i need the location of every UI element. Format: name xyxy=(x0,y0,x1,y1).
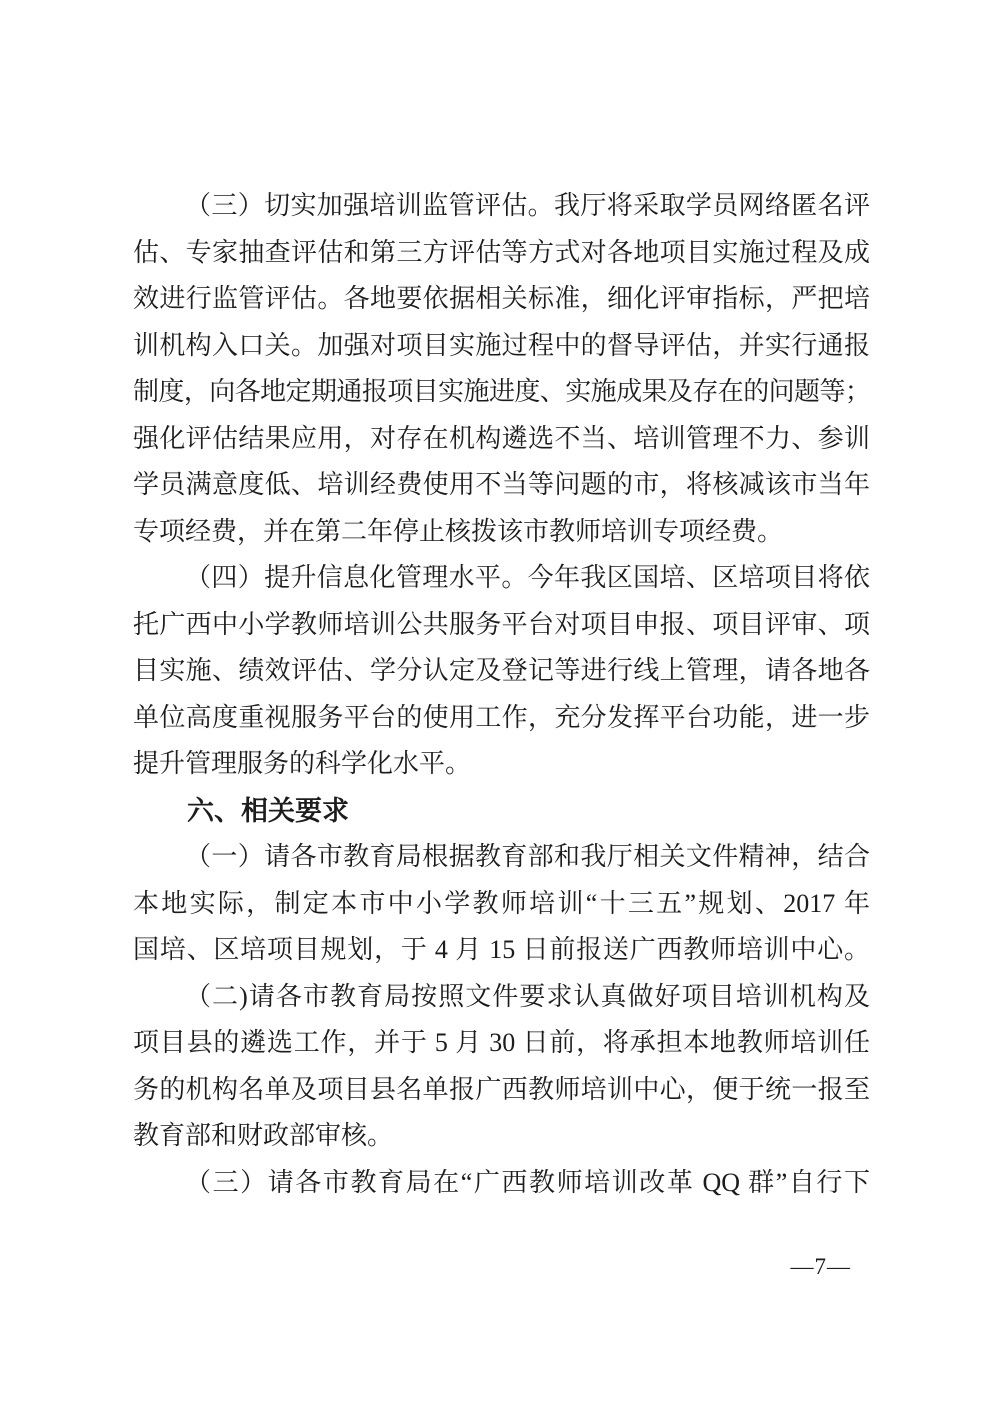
document-line: 专项经费，并在第二年停止核拨该市教师培训专项经费。 xyxy=(133,509,870,556)
document-line: 托广西中小学教师培训公共服务平台对项目申报、项目评审、项 xyxy=(133,602,870,649)
document-line: 单位高度重视服务平台的使用工作，充分发挥平台功能，进一步 xyxy=(133,695,870,742)
document-line: 务的机构名单及项目县名单报广西教师培训中心，便于统一报至 xyxy=(133,1067,870,1114)
document-line: 强化评估结果应用，对存在机构遴选不当、培训管理不力、参训 xyxy=(133,416,870,463)
document-page: （三）切实加强培训监管评估。我厅将采取学员网络匿名评 估、专家抽查评估和第三方评… xyxy=(0,0,993,1404)
document-line: （三）请各市教育局在“广西教师培训改革 QQ 群”自行下 xyxy=(133,1160,870,1207)
document-line: 学员满意度低、培训经费使用不当等问题的市，将核减该市当年 xyxy=(133,462,870,509)
document-line: 制度，向各地定期通报项目实施进度、实施成果及存在的问题等； xyxy=(133,369,870,416)
document-line: （三）切实加强培训监管评估。我厅将采取学员网络匿名评 xyxy=(133,183,870,230)
document-line: （一）请各市教育局根据教育部和我厅相关文件精神，结合 xyxy=(133,834,870,881)
document-line: 估、专家抽查评估和第三方评估等方式对各地项目实施过程及成 xyxy=(133,230,870,277)
page-number: —7— xyxy=(791,1254,852,1280)
document-line: （四）提升信息化管理水平。今年我区国培、区培项目将依 xyxy=(133,555,870,602)
document-line: 项目县的遴选工作，并于 5 月 30 日前，将承担本地教师培训任 xyxy=(133,1020,870,1067)
document-line: 教育部和财政部审核。 xyxy=(133,1113,870,1160)
document-line: 提升管理服务的科学化水平。 xyxy=(133,741,870,788)
section-heading: 六、相关要求 xyxy=(133,788,870,835)
document-line: 效进行监管评估。各地要依据相关标准，细化评审指标，严把培 xyxy=(133,276,870,323)
document-line: 本地实际，制定本市中小学教师培训“十三五”规划、2017 年 xyxy=(133,881,870,928)
document-body: （三）切实加强培训监管评估。我厅将采取学员网络匿名评 估、专家抽查评估和第三方评… xyxy=(133,183,870,1206)
document-line: （二)请各市教育局按照文件要求认真做好项目培训机构及 xyxy=(133,974,870,1021)
document-line: 国培、区培项目规划，于 4 月 15 日前报送广西教师培训中心。 xyxy=(133,927,870,974)
document-line: 目实施、绩效评估、学分认定及登记等进行线上管理，请各地各 xyxy=(133,648,870,695)
document-line: 训机构入口关。加强对项目实施过程中的督导评估，并实行通报 xyxy=(133,323,870,370)
